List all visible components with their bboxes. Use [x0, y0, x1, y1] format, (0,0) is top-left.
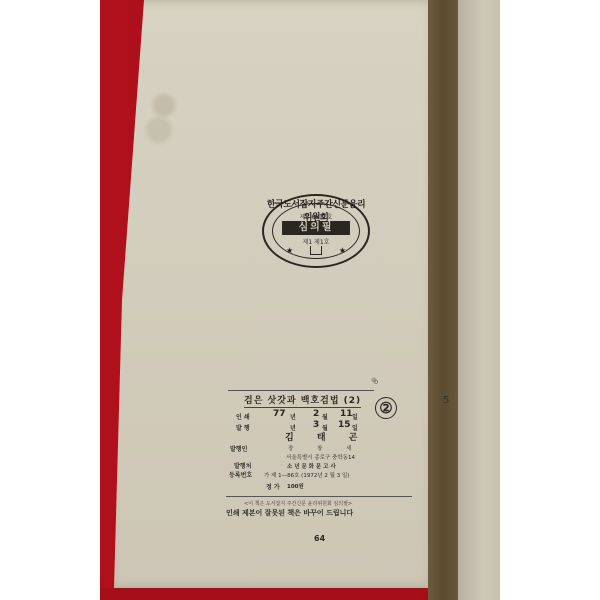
- stamp-approved-label: 심의필: [282, 221, 350, 235]
- printed-month: 2: [313, 409, 319, 419]
- star-icon: ★: [286, 246, 293, 255]
- publisher-person-printed: 장 창 세: [288, 444, 351, 452]
- price-value: 100원: [287, 482, 304, 490]
- printed-month-unit: 월: [322, 412, 328, 421]
- printed-year: 77: [273, 409, 286, 419]
- issued-label: 발 행: [236, 423, 250, 432]
- publisher-name: 소 년 문 화 문 고 사: [287, 462, 336, 470]
- publisher-person-handwritten: 김 태 곤: [285, 430, 357, 443]
- margin-mark: 5: [443, 395, 449, 406]
- paper-mark: o: [374, 378, 378, 386]
- approval-stamp: 한국도서잡지주간신문윤리위원회 제3-0811호 심의필 제1 제1호 ★ ★: [262, 194, 370, 268]
- issued-day: 15: [338, 420, 351, 430]
- printed-label: 인 쇄: [236, 412, 250, 421]
- ethics-notice: <이 책은 도서잡지 주간신문 윤리위원회 심의필>: [244, 500, 352, 507]
- price-label: 정 가: [266, 482, 280, 491]
- registration-value: 가 제 1—86호 (1972년 2 월 3 일): [264, 471, 349, 479]
- publisher-address: 서울특별시 종로구 충학동14: [286, 453, 355, 461]
- registration-label: 등록번호: [229, 470, 252, 479]
- book-title: 검은 삿갓과 백호검법 (2): [244, 393, 361, 408]
- publisher-person-label: 발행인: [230, 444, 247, 453]
- stamp-sub-number: 제1 제1호: [264, 237, 368, 246]
- photo-scene: 한국도서잡지주간신문윤리위원회 제3-0811호 심의필 제1 제1호 ★ ★ …: [0, 0, 600, 600]
- printed-year-unit: 년: [290, 412, 296, 421]
- facing-page-edge: [458, 0, 500, 600]
- book-icon: [310, 246, 322, 255]
- exchange-notice: 인쇄 제본이 잘못된 책은 바꾸어 드립니다: [226, 508, 353, 518]
- publisher-label: 발행처: [234, 461, 251, 470]
- issued-month: 3: [313, 420, 319, 430]
- stamp-number: 제3-0811호: [264, 212, 368, 221]
- book-gutter: [428, 0, 458, 600]
- colophon-top-rule: [228, 390, 374, 391]
- star-icon: ★: [339, 246, 346, 255]
- printed-day-unit: 일: [352, 412, 358, 421]
- colophon-bottom-rule: [226, 496, 412, 497]
- volume-number: ②: [375, 397, 397, 419]
- printed-day: 11: [340, 409, 353, 419]
- page-number: 64: [314, 534, 325, 543]
- red-background-bottom: [100, 588, 460, 600]
